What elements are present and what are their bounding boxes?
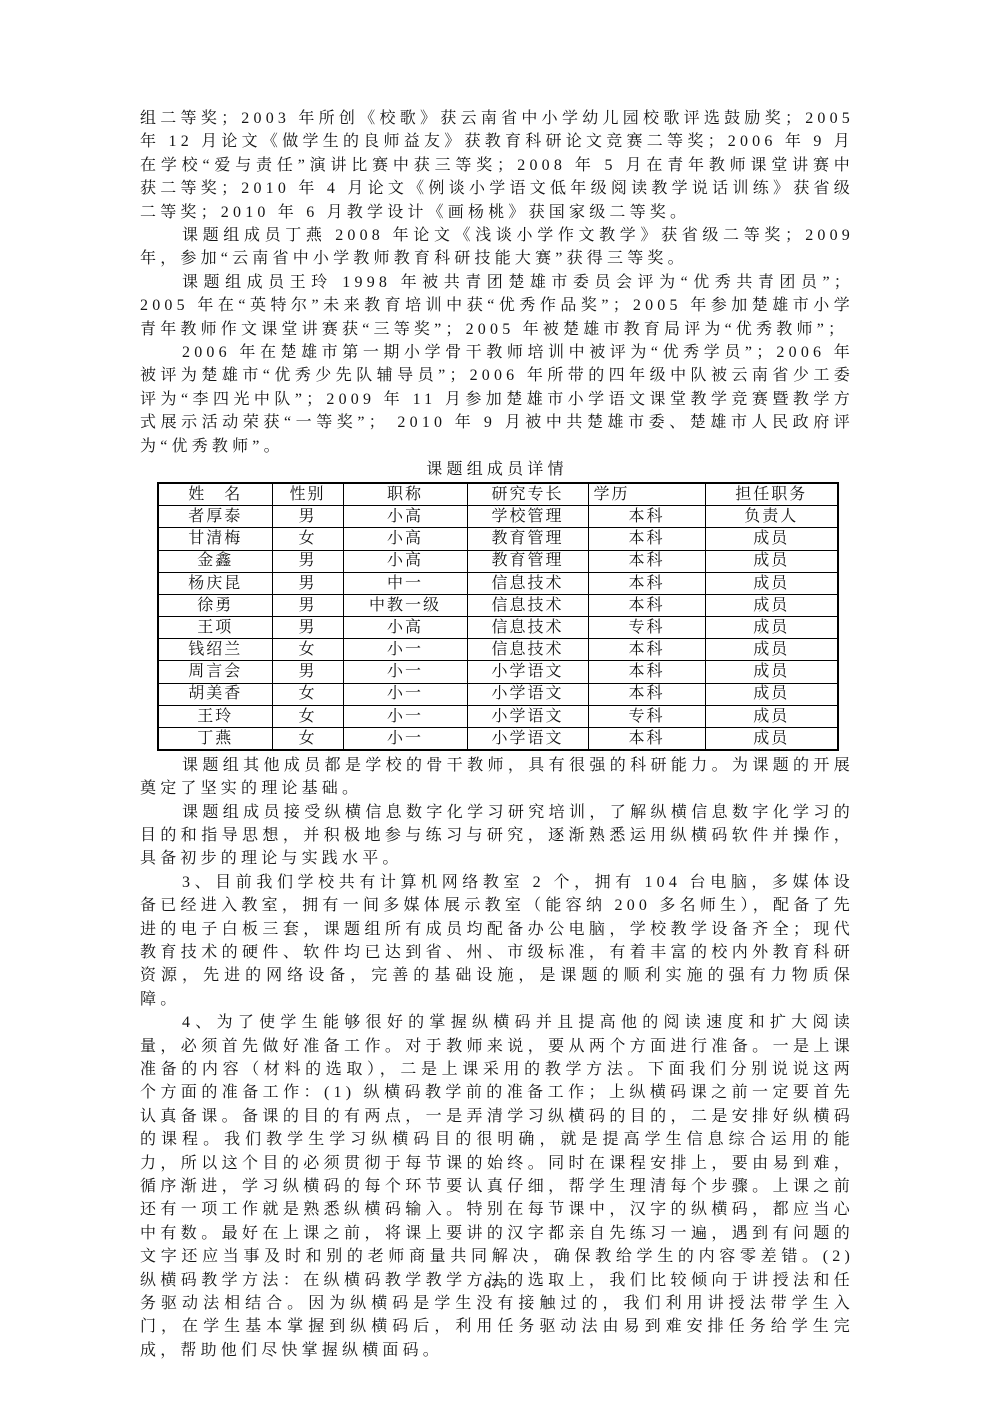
paragraph-awards-continuation: 组二等奖；2003 年所创《校歌》获云南省中小学幼儿园校歌评选鼓励奖；2005 … bbox=[140, 107, 854, 224]
table-cell: 本科 bbox=[588, 728, 705, 750]
table-cell: 教育管理 bbox=[467, 550, 588, 572]
paragraph-member-dingyan: 课题组成员丁燕 2008 年论文《浅谈小学作文教学》获省级二等奖；2009 年，… bbox=[140, 224, 854, 271]
paragraph-other-members: 课题组其他成员都是学校的骨干教师，具有很强的科研能力。为课题的开展奠定了坚实的理… bbox=[140, 754, 854, 801]
table-cell: 甘清梅 bbox=[158, 528, 272, 550]
table-cell: 小一 bbox=[343, 639, 467, 661]
table-cell: 小学语文 bbox=[467, 728, 588, 750]
table-cell: 者厚泰 bbox=[158, 506, 272, 528]
document-page: 组二等奖；2003 年所创《校歌》获云南省中小学幼儿园校歌评选鼓励奖；2005 … bbox=[0, 0, 992, 1403]
table-cell: 男 bbox=[272, 506, 343, 528]
table-cell: 小一 bbox=[343, 705, 467, 727]
table-cell: 本科 bbox=[588, 683, 705, 705]
table-cell: 成员 bbox=[705, 639, 838, 661]
table-cell: 男 bbox=[272, 572, 343, 594]
table-cell: 成员 bbox=[705, 617, 838, 639]
table-cell: 本科 bbox=[588, 550, 705, 572]
table-cell: 负责人 bbox=[705, 506, 838, 528]
table-row: 丁燕女小一小学语文本科成员 bbox=[158, 728, 838, 750]
table-cell: 专科 bbox=[588, 617, 705, 639]
members-table: 姓 名 性别 职称 研究专长 学历 担任职务 者厚泰男小高学校管理本科负责人甘清… bbox=[157, 482, 839, 750]
paragraph-training: 课题组成员接受纵横信息数字化学习研究培训，了解纵横信息数字化学习的目的和指导思想… bbox=[140, 801, 854, 871]
table-cell: 女 bbox=[272, 728, 343, 750]
table-cell: 信息技术 bbox=[467, 639, 588, 661]
table-cell: 小高 bbox=[343, 617, 467, 639]
table-cell: 学校管理 bbox=[467, 506, 588, 528]
table-cell: 小高 bbox=[343, 528, 467, 550]
table-cell: 男 bbox=[272, 550, 343, 572]
table-cell: 信息技术 bbox=[467, 617, 588, 639]
table-cell: 小学语文 bbox=[467, 661, 588, 683]
header-degree: 学历 bbox=[588, 483, 705, 505]
header-gender: 性别 bbox=[272, 483, 343, 505]
table-header-row: 姓 名 性别 职称 研究专长 学历 担任职务 bbox=[158, 483, 838, 505]
members-table-body: 者厚泰男小高学校管理本科负责人甘清梅女小高教育管理本科成员金鑫男小高教育管理本科… bbox=[158, 506, 838, 750]
table-cell: 女 bbox=[272, 528, 343, 550]
table-row: 胡美香女小一小学语文本科成员 bbox=[158, 683, 838, 705]
table-row: 王玲女小一小学语文专科成员 bbox=[158, 705, 838, 727]
table-cell: 成员 bbox=[705, 528, 838, 550]
table-cell: 本科 bbox=[588, 661, 705, 683]
table-row: 王项男小高信息技术专科成员 bbox=[158, 617, 838, 639]
table-cell: 本科 bbox=[588, 594, 705, 616]
header-title: 职称 bbox=[343, 483, 467, 505]
table-cell: 成员 bbox=[705, 705, 838, 727]
table-cell: 胡美香 bbox=[158, 683, 272, 705]
paragraph-member-wangling-continued: 2006 年在楚雄市第一期小学骨干教师培训中被评为“优秀学员”；2006 年被评… bbox=[140, 341, 854, 458]
table-cell: 成员 bbox=[705, 661, 838, 683]
table-cell: 小学语文 bbox=[467, 683, 588, 705]
table-caption: 课题组成员详情 bbox=[140, 458, 854, 481]
header-name: 姓 名 bbox=[158, 483, 272, 505]
table-cell: 王项 bbox=[158, 617, 272, 639]
table-cell: 成员 bbox=[705, 594, 838, 616]
table-cell: 本科 bbox=[588, 572, 705, 594]
table-cell: 成员 bbox=[705, 550, 838, 572]
table-cell: 教育管理 bbox=[467, 528, 588, 550]
paragraph-item-4-preparation: 4、为了使学生能够很好的掌握纵横码并且提高他的阅读速度和扩大阅读量，必须首先做好… bbox=[140, 1011, 854, 1362]
table-cell: 女 bbox=[272, 639, 343, 661]
table-row: 周言会男小一小学语文本科成员 bbox=[158, 661, 838, 683]
table-cell: 成员 bbox=[705, 683, 838, 705]
table-cell: 小高 bbox=[343, 550, 467, 572]
table-cell: 中教一级 bbox=[343, 594, 467, 616]
table-cell: 女 bbox=[272, 683, 343, 705]
paragraph-member-wangling: 课题组成员王玲 1998 年被共青团楚雄市委员会评为“优秀共青团员”；2005 … bbox=[140, 271, 854, 341]
table-cell: 成员 bbox=[705, 572, 838, 594]
table-cell: 信息技术 bbox=[467, 572, 588, 594]
table-cell: 钱绍兰 bbox=[158, 639, 272, 661]
table-cell: 男 bbox=[272, 594, 343, 616]
table-cell: 小学语文 bbox=[467, 705, 588, 727]
table-cell: 信息技术 bbox=[467, 594, 588, 616]
header-duty: 担任职务 bbox=[705, 483, 838, 505]
table-cell: 徐勇 bbox=[158, 594, 272, 616]
table-cell: 成员 bbox=[705, 728, 838, 750]
table-row: 甘清梅女小高教育管理本科成员 bbox=[158, 528, 838, 550]
table-cell: 男 bbox=[272, 661, 343, 683]
table-cell: 女 bbox=[272, 705, 343, 727]
table-cell: 本科 bbox=[588, 506, 705, 528]
header-specialty: 研究专长 bbox=[467, 483, 588, 505]
table-cell: 中一 bbox=[343, 572, 467, 594]
table-cell: 本科 bbox=[588, 528, 705, 550]
table-cell: 丁燕 bbox=[158, 728, 272, 750]
table-cell: 金鑫 bbox=[158, 550, 272, 572]
table-row: 杨庆昆男中一信息技术本科成员 bbox=[158, 572, 838, 594]
page-number: 675 bbox=[0, 1277, 992, 1293]
table-row: 徐勇男中教一级信息技术本科成员 bbox=[158, 594, 838, 616]
table-cell: 小高 bbox=[343, 506, 467, 528]
table-cell: 王玲 bbox=[158, 705, 272, 727]
table-cell: 小一 bbox=[343, 728, 467, 750]
table-cell: 小一 bbox=[343, 683, 467, 705]
paragraph-item-3-equipment: 3、目前我们学校共有计算机网络教室 2 个，拥有 104 台电脑，多媒体设备已经… bbox=[140, 871, 854, 1011]
table-cell: 专科 bbox=[588, 705, 705, 727]
table-cell: 周言会 bbox=[158, 661, 272, 683]
table-cell: 本科 bbox=[588, 639, 705, 661]
table-row: 金鑫男小高教育管理本科成员 bbox=[158, 550, 838, 572]
table-cell: 杨庆昆 bbox=[158, 572, 272, 594]
table-row: 者厚泰男小高学校管理本科负责人 bbox=[158, 506, 838, 528]
table-row: 钱绍兰女小一信息技术本科成员 bbox=[158, 639, 838, 661]
table-cell: 小一 bbox=[343, 661, 467, 683]
table-cell: 男 bbox=[272, 617, 343, 639]
document-content: 组二等奖；2003 年所创《校歌》获云南省中小学幼儿园校歌评选鼓励奖；2005 … bbox=[140, 107, 854, 1362]
